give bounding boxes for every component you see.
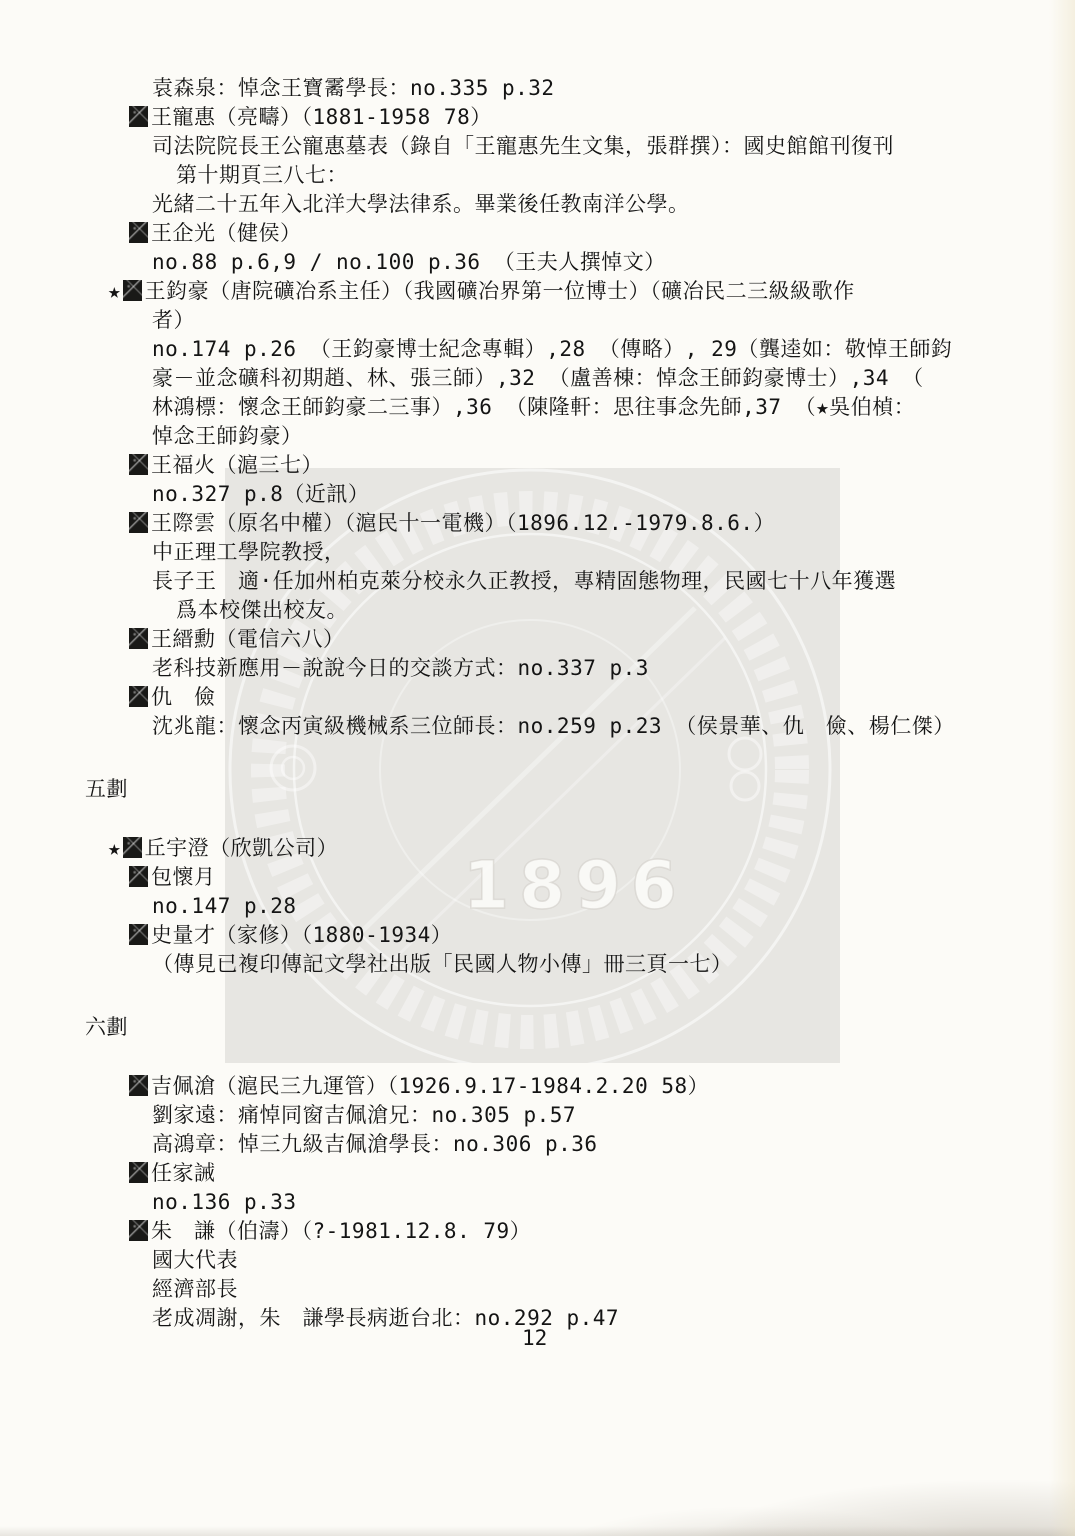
line-text: 長子王 適·任加州柏克萊分校永久正教授，專精固態物理，民國七十八年獲選 [152,569,896,593]
index-line: 豪－並念礦科初期趙、林、張三師）,32 （盧善棟：悼念王師鈞豪博士）,34 （ [152,364,1075,393]
index-line: 中正理工學院教授， [152,538,1075,567]
stamp-icon [129,222,148,243]
index-line: 袁森泉：悼念王寶霱學長：no.335 p.32 [152,74,1075,103]
section-heading: 六劃 [85,1013,1075,1042]
line-text: 悼念王師鈞豪） [152,424,303,448]
line-text: 袁森泉：悼念王寶霱學長：no.335 p.32 [152,76,555,100]
line-text: 老科技新應用－說說今日的交談方式：no.337 p.3 [152,656,649,680]
index-line: 長子王 適·任加州柏克萊分校永久正教授，專精固態物理，民國七十八年獲選 [152,567,1075,596]
section-heading: 五劃 [85,775,1075,804]
line-text: 任家誡 [151,1161,216,1185]
index-line: 司法院院長王公寵惠墓表（錄自「王寵惠先生文集，張群撰）：國史館館刊復刊 [152,132,1075,161]
index-line: 沈兆龍：懷念丙寅級機械系三位師長：no.259 p.23 （侯景華、仇 儉、楊仁… [152,712,1075,741]
line-text: 國大代表 [152,1248,238,1272]
index-line: 王企光（健侯） [129,219,1075,248]
index-line: 包懷月 [129,863,1075,892]
line-text: 王鈞豪（唐院礦冶系主任）（我國礦冶界第一位博士）（礦冶民二三級級歌作 [145,279,855,303]
line-text: 光緒二十五年入北洋大學法律系。畢業後任教南洋公學。 [152,192,690,216]
index-line: 朱 謙（伯濤）（?-1981.12.8. 79） [129,1217,1075,1246]
index-line: ★丘宇澄（欣凱公司） [108,834,1075,863]
line-text: 高鴻章：悼三九級吉佩滄學長：no.306 p.36 [152,1132,598,1156]
line-text: 王際雲（原名中權）（滬民十一電機）（1896.12.-1979.8.6.） [151,511,775,535]
index-line: 任家誡 [129,1159,1075,1188]
index-line: 仇 儉 [129,683,1075,712]
index-line: no.327 p.8（近訊） [152,480,1075,509]
line-text: 林鴻標：懷念王師鈞豪二三事）,36 （陳隆軒：思往事念先師,37 （★吳伯楨： [152,395,915,419]
stamp-icon [129,1220,148,1241]
index-line: no.88 p.6,9 / no.100 p.36 （王夫人撰悼文） [152,248,1075,277]
line-text: 爲本校傑出校友。 [176,598,348,622]
index-line: 王寵惠（亮疇）（1881-1958 78） [129,103,1075,132]
index-line: 高鴻章：悼三九級吉佩滄學長：no.306 p.36 [152,1130,1075,1159]
line-text: 丘宇澄（欣凱公司） [145,836,339,860]
line-text: 經濟部長 [152,1277,238,1301]
index-line: 者） [152,306,1075,335]
index-line: ★王鈞豪（唐院礦冶系主任）（我國礦冶界第一位博士）（礦冶民二三級級歌作 [108,277,1075,306]
line-text: 朱 謙（伯濤）（?-1981.12.8. 79） [151,1219,531,1243]
line-text: no.88 p.6,9 / no.100 p.36 （王夫人撰悼文） [152,250,666,274]
stamp-icon [123,837,142,858]
index-line: 老科技新應用－說說今日的交談方式：no.337 p.3 [152,654,1075,683]
index-line: 王縉勳（電信六八） [129,625,1075,654]
index-line: 林鴻標：懷念王師鈞豪二三事）,36 （陳隆軒：思往事念先師,37 （★吳伯楨： [152,393,1075,422]
index-line: 悼念王師鈞豪） [152,422,1075,451]
line-text: 王企光（健侯） [151,221,302,245]
stamp-icon [129,866,148,887]
line-text: 吉佩滄（滬民三九運管）（1926.9.17-1984.2.20 58） [151,1074,709,1098]
index-line: 第十期頁三八七： [176,161,1075,190]
index-line: no.174 p.26 （王鈞豪博士紀念專輯）,28 （傳略）, 29（龔逵如：… [152,335,1075,364]
line-text: 史量才（家修）（1880-1934） [151,923,452,947]
line-text: 豪－並念礦科初期趙、林、張三師）,32 （盧善棟：悼念王師鈞豪博士）,34 （ [152,366,924,390]
line-text: 者） [152,308,195,332]
index-line: （傳見已複印傳記文學社出版「民國人物小傳」冊三頁一七） [152,950,1075,979]
stamp-icon [129,628,148,649]
scanned-memorial-index-page: 1896 袁森泉：悼念王寶霱學長：no.335 p.32王寵惠（亮疇）（1881… [0,0,1075,1536]
line-text: 包懷月 [151,865,216,889]
line-text: 沈兆龍：懷念丙寅級機械系三位師長：no.259 p.23 （侯景華、仇 儉、楊仁… [152,714,955,738]
line-text: 仇 儉 [151,685,216,709]
line-text: （傳見已複印傳記文學社出版「民國人物小傳」冊三頁一七） [152,952,733,976]
line-text: 劉家遠：痛悼同窗吉佩滄兄：no.305 p.57 [152,1103,576,1127]
page-number: 12 [522,1326,547,1350]
line-text: 王寵惠（亮疇）（1881-1958 78） [151,105,492,129]
stamp-icon [129,686,148,707]
index-lines: 袁森泉：悼念王寶霱學長：no.335 p.32王寵惠（亮疇）（1881-1958… [0,0,1075,1333]
index-line: 史量才（家修）（1880-1934） [129,921,1075,950]
index-line: 國大代表 [152,1246,1075,1275]
line-text: no.136 p.33 [152,1190,297,1214]
star-icon: ★ [108,836,121,860]
stamp-icon [129,924,148,945]
index-line: 經濟部長 [152,1275,1075,1304]
line-text: 五劃 [85,777,128,801]
line-text: 司法院院長王公寵惠墓表（錄自「王寵惠先生文集，張群撰）：國史館館刊復刊 [152,134,894,158]
line-text: no.327 p.8（近訊） [152,482,369,506]
index-line: 光緒二十五年入北洋大學法律系。畢業後任教南洋公學。 [152,190,1075,219]
index-line: 爲本校傑出校友。 [176,596,1075,625]
star-icon: ★ [108,279,121,303]
index-line: 劉家遠：痛悼同窗吉佩滄兄：no.305 p.57 [152,1101,1075,1130]
line-text: 中正理工學院教授， [152,540,346,564]
line-text: 王福火（滬三七） [151,453,323,477]
index-line: 王際雲（原名中權）（滬民十一電機）（1896.12.-1979.8.6.） [129,509,1075,538]
stamp-icon [123,280,142,301]
line-text: 王縉勳（電信六八） [151,627,345,651]
index-line: 吉佩滄（滬民三九運管）（1926.9.17-1984.2.20 58） [129,1072,1075,1101]
index-line: no.136 p.33 [152,1188,1075,1217]
line-text: no.174 p.26 （王鈞豪博士紀念專輯）,28 （傳略）, 29（龔逵如：… [152,337,952,361]
line-text: 老成凋謝，朱 謙學長病逝台北：no.292 p.47 [152,1306,619,1330]
stamp-icon [129,454,148,475]
line-text: 第十期頁三八七： [176,163,348,187]
index-line: 王福火（滬三七） [129,451,1075,480]
line-text: 六劃 [85,1015,128,1039]
line-text: no.147 p.28 [152,894,297,918]
stamp-icon [129,1162,148,1183]
index-line: no.147 p.28 [152,892,1075,921]
stamp-icon [129,1075,148,1096]
stamp-icon [129,106,148,127]
stamp-icon [129,512,148,533]
index-line: 老成凋謝，朱 謙學長病逝台北：no.292 p.47 [152,1304,1075,1333]
